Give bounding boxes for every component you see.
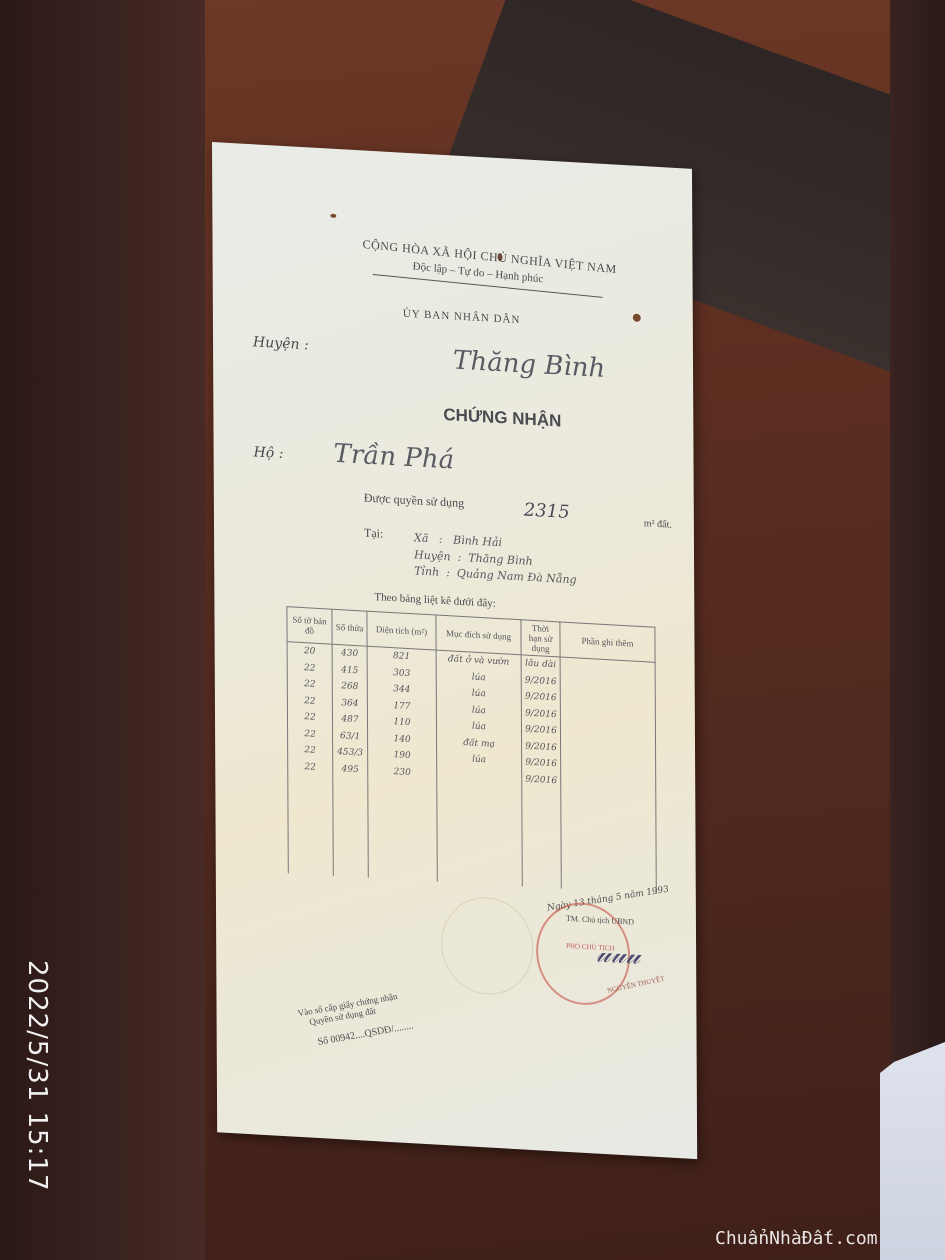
district-label: Huyện :	[253, 334, 309, 353]
embossed-seal	[441, 895, 534, 997]
photo-scene: CỘNG HÒA XÃ HỘI CHỦ NGHĨA VIỆT NAM Độc l…	[0, 0, 945, 1260]
stain	[330, 214, 336, 218]
location-label: Tại:	[364, 526, 383, 542]
col-notes: Phần ghi thêm	[560, 622, 655, 662]
province-value: Quảng Nam Đà Nẵng	[457, 567, 577, 587]
household-value: Trần Phá	[334, 439, 455, 476]
col-term: Thời hạn sử dụng	[521, 620, 560, 657]
usage-label: Được quyền sử dụng	[364, 490, 464, 511]
commune-label: Xã	[414, 531, 428, 545]
white-cloth	[880, 1040, 945, 1260]
household-label: Hộ :	[254, 444, 284, 462]
photo-timestamp: 2022/5/31 15:17	[22, 960, 52, 1192]
col-purpose: Mục đích sử dụng	[436, 615, 521, 655]
province-label: Tỉnh	[414, 564, 439, 578]
province-row: Tỉnh : Quảng Nam Đà Nẵng	[414, 564, 576, 586]
loc-district-label: Huyện	[414, 548, 451, 563]
usage-unit: m² đất.	[644, 518, 672, 531]
commune-value: Bình Hải	[453, 533, 502, 549]
district-value: Thăng Bình	[453, 345, 605, 384]
signature-mark: 𝓊𝓊𝓊	[596, 938, 640, 971]
land-certificate: CỘNG HÒA XÃ HỘI CHỦ NGHĨA VIỆT NAM Độc l…	[212, 142, 697, 1159]
site-watermark: ChuẩnNhàĐất.com	[715, 1228, 878, 1249]
usage-area: 2315	[524, 499, 570, 523]
loc-district-value: Thăng Bình	[468, 551, 532, 568]
col-parcel: Số thửa	[332, 609, 367, 646]
authority: ỦY BAN NHÂN DÂN	[403, 308, 521, 327]
land-parcel-table: Số tờ bản đồ Số thửa Diện tích (m²) Mục …	[286, 606, 656, 894]
stain	[633, 314, 641, 322]
col-area: Diện tích (m²)	[367, 611, 436, 650]
col-map-sheet: Số tờ bản đồ	[287, 607, 332, 645]
registry-line-3: Số 00942....QSDĐ/........	[317, 1020, 415, 1048]
table-intro: Theo bảng liệt kê dưới đây:	[374, 591, 496, 610]
commune-row: Xã : Bình Hải	[414, 531, 502, 549]
document-title: CHỨNG NHẬN	[443, 405, 561, 432]
